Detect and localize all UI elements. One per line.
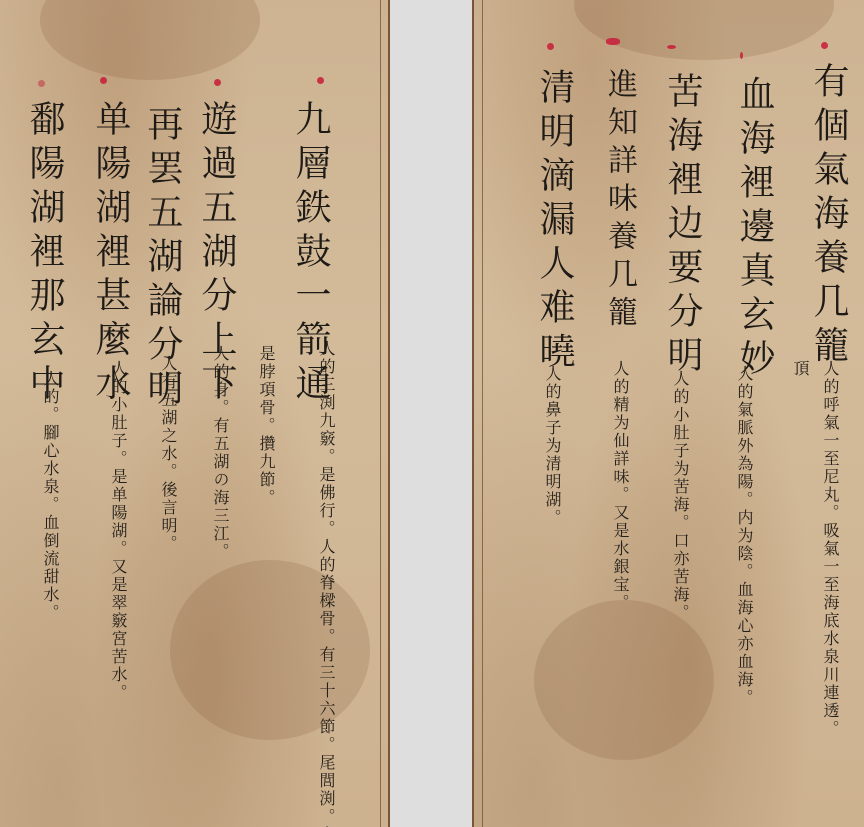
right-page: 有個氣海養几籠 人的呼氣一至尼丸。吸氣一至海底水泉川連透。 頂 血海裡邊真玄妙 … [472, 0, 864, 827]
annotation-column-3: 人有五湖之水。後言明。 [160, 355, 176, 553]
verse-column-4: 進知詳味養几籠 [604, 68, 634, 334]
red-mark [667, 45, 676, 49]
spine-line [482, 0, 483, 827]
red-mark [317, 77, 324, 84]
annotation-column-1b: 是脖項骨。攢九節。 [258, 345, 274, 507]
red-mark [100, 77, 107, 84]
verse-column-3: 苦海裡边要分明 [664, 72, 700, 380]
annotation-column-4: 人的精为仙詳味。又是水銀宝。 [612, 360, 628, 612]
red-mark [821, 42, 828, 49]
annotation-column-1b: 頂 [792, 360, 808, 378]
left-page: 九層鉄鼓一箭通 人的三渕九竅。是佛行。人的脊樑骨。有三十六節。尾閭渕。上至夾脊渕… [0, 0, 390, 827]
verse-column-2: 血海裡邊真玄妙 [736, 75, 772, 383]
annotation-column-5: 人的。腳心水泉。血倒流甜水。 [42, 370, 58, 622]
red-mark [38, 80, 45, 87]
annotation-column-2: 人的身。有五湖の海三江。 [212, 345, 228, 561]
red-mark [547, 43, 554, 50]
water-stain [40, 0, 260, 80]
red-mark [740, 52, 743, 59]
water-stain [574, 0, 834, 60]
red-mark [606, 38, 620, 45]
verse-column-1: 有個氣海養几籠 [810, 62, 846, 370]
annotation-column-4: 人的小肚子。是单陽湖。又是翠竅宮苦水。 [110, 360, 126, 702]
water-stain [170, 560, 370, 740]
page-gutter [390, 0, 472, 827]
water-stain [534, 600, 714, 760]
red-mark [214, 79, 221, 86]
annotation-column-2: 人的氣脈外為陽。内为陰。血海心亦血海。 [736, 365, 752, 707]
annotation-column-5: 人的鼻子为清明湖。 [544, 365, 560, 527]
verse-column-5: 鄱陽湖裡那玄中 [26, 100, 62, 408]
spine-line [380, 0, 381, 827]
annotation-column-1a: 人的呼氣一至尼丸。吸氣一至海底水泉川連透。 [822, 360, 838, 820]
annotation-column-1a: 人的三渕九竅。是佛行。人的脊樑骨。有三十六節。尾閭渕。上至夾脊渕。至玉枕渕。一箭… [318, 340, 334, 810]
verse-column-5: 清明滴漏人难曉 [536, 68, 572, 376]
annotation-column-3: 人的小肚子为苦海。口亦苦海。 [672, 370, 688, 622]
